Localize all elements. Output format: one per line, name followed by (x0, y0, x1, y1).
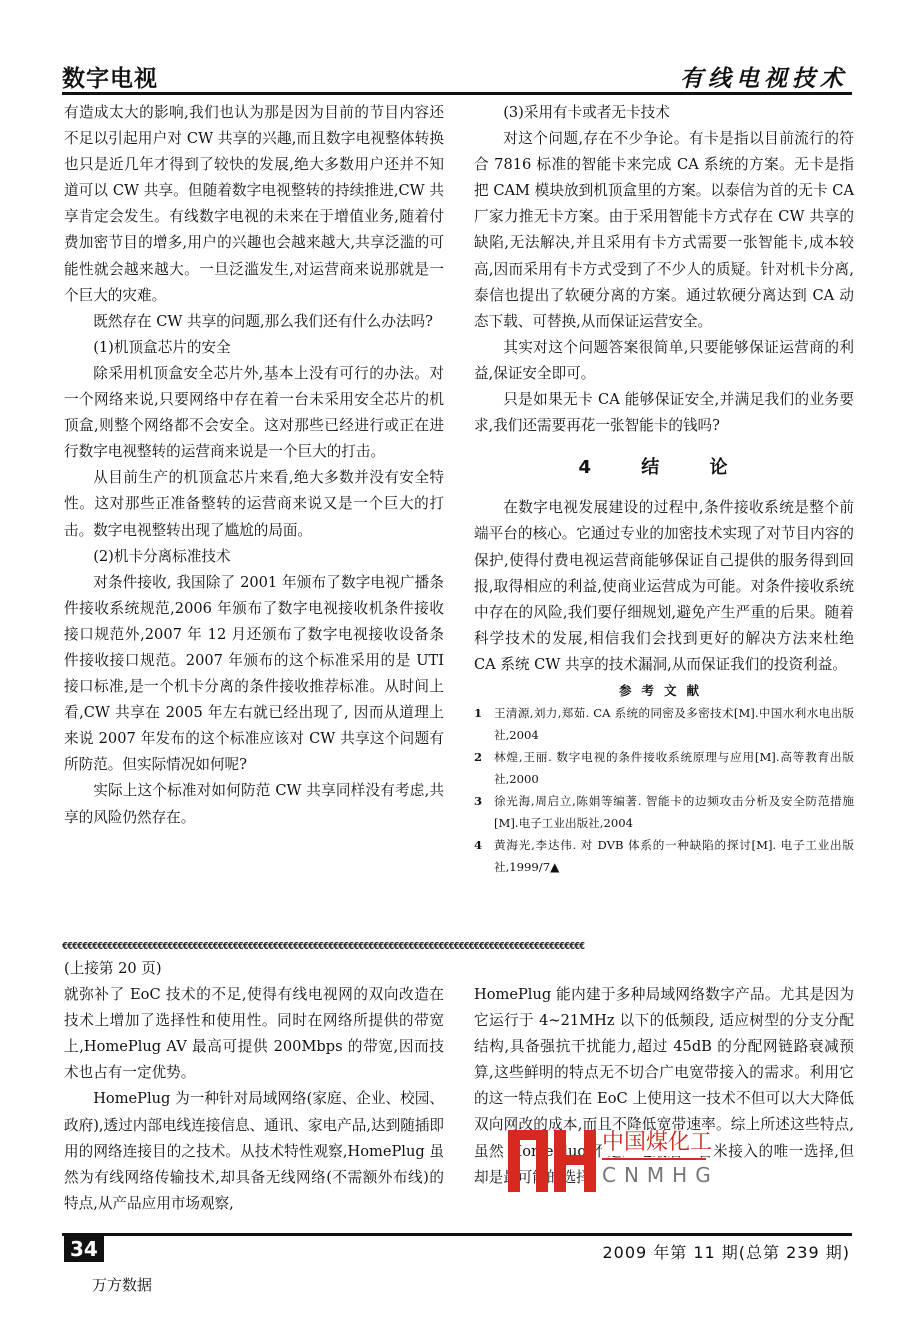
subheading: (2)机卡分离标准技术 (64, 544, 444, 570)
logo-bar (536, 1130, 548, 1192)
continued-left-column: (上接第 20 页) 就弥补了 EoC 技术的不足,使得有线电视网的双向改造在技… (64, 956, 444, 1217)
logo-english-text: CNMHG (602, 1162, 719, 1188)
reference-item: 4 黄海光,李达伟. 对 DVB 体系的一种缺陷的探讨[M]. 电子工业出版社,… (474, 834, 854, 878)
paragraph: 其实对这个问题答案很简单,只要能够保证运营商的利益,保证安全即可。 (474, 335, 854, 387)
conclusion-paragraph: 在数字电视发展建设的过程中,条件接收系统是整个前端平台的核心。它通过专业的加密技… (474, 495, 854, 678)
paragraph: 对这个问题,存在不少争论。有卡是指以目前流行的符合 7816 标准的智能卡来完成… (474, 126, 854, 335)
paragraph: 有造成太大的影响,我们也认为那是因为目前的节目内容还不足以引起用户对 CW 共享… (64, 100, 444, 309)
end-mark-icon: ▲ (550, 860, 559, 874)
header-rule (62, 92, 852, 95)
reference-text: 林煌,王丽. 数字电视的条件接收系统原理与应用[M].高等教育出版社,2000 (494, 746, 854, 790)
paragraph: 实际上这个标准对如何防范 CW 共享同样没有考虑,共享的风险仍然存在。 (64, 778, 444, 830)
paragraph: 既然存在 CW 共享的问题,那么我们还有什么办法吗? (64, 309, 444, 335)
reference-number: 3 (474, 790, 494, 834)
references-title: 参考文献 (474, 680, 854, 702)
reference-text: 王清源,刘力,郑茹. CA 系统的同密及多密技术[M].中国水利水电出版社,20… (494, 702, 854, 746)
reference-number: 2 (474, 746, 494, 790)
reference-number: 4 (474, 834, 494, 878)
paragraph: 就弥补了 EoC 技术的不足,使得有线电视网的双向改造在技术上增加了选择性和使用… (64, 982, 444, 1086)
reference-item: 2 林煌,王丽. 数字电视的条件接收系统原理与应用[M].高等教育出版社,200… (474, 746, 854, 790)
reference-item: 3 徐光海,周启立,陈娟等编著. 智能卡的边频攻击分析及安全防范措施[M].电子… (474, 790, 854, 834)
subheading: (3)采用有卡或者无卡技术 (474, 100, 854, 126)
section-title: 4 结 论 (474, 455, 854, 481)
reference-item: 1 王清源,刘力,郑茹. CA 系统的同密及多密技术[M].中国水利水电出版社,… (474, 702, 854, 746)
subheading: (1)机顶盒芯片的安全 (64, 335, 444, 361)
reference-number: 1 (474, 702, 494, 746)
reference-text: 徐光海,周启立,陈娟等编著. 智能卡的边频攻击分析及安全防范措施[M].电子工业… (494, 790, 854, 834)
left-column: 有造成太大的影响,我们也认为那是因为目前的节目内容还不足以引起用户对 CW 共享… (64, 100, 444, 831)
watermark-logo: 中国煤化工 CNMHG (508, 1130, 768, 1194)
paragraph: HomePlug 为一种针对局域网络(家庭、企业、校园、政府),透过内部电线连接… (64, 1086, 444, 1216)
section-header: 数字电视 (62, 60, 158, 93)
page-number: 34 (64, 1236, 104, 1262)
reference-text: 黄海光,李达伟. 对 DVB 体系的一种缺陷的探讨[M]. 电子工业出版社,19… (494, 834, 854, 878)
continued-label: (上接第 20 页) (64, 956, 444, 982)
paragraph: 从目前生产的机顶盒芯片来看,绝大多数并没有安全特性。这对那些正准备整转的运营商来… (64, 465, 444, 543)
footer-rule (62, 1233, 852, 1236)
source-label: 万方数据 (92, 1274, 152, 1295)
logo-bar (584, 1130, 596, 1192)
paragraph: 除采用机顶盒安全芯片外,基本上没有可行的办法。对一个网络来说,只要网络中存在着一… (64, 361, 444, 465)
right-column: (3)采用有卡或者无卡技术 对这个问题,存在不少争论。有卡是指以目前流行的符合 … (474, 100, 854, 878)
logo-chinese-text: 中国煤化工 (602, 1130, 714, 1156)
section-separator: €€€€€€€€€€€€€€€€€€€€€€€€€€€€€€€€€€€€€€€€… (62, 942, 852, 952)
paragraph: 对条件接收, 我国除了 2001 年颁布了数字电视广播条件接收系统规范,2006… (64, 570, 444, 779)
logo-divider (602, 1158, 706, 1160)
issue-info: 2009 年第 11 期(总第 239 期) (602, 1240, 850, 1263)
reference-text-body: 黄海光,李达伟. 对 DVB 体系的一种缺陷的探讨[M]. 电子工业出版社,19… (494, 838, 854, 874)
paragraph: 只是如果无卡 CA 能够保证安全,并满足我们的业务要求,我们还需要再花一张智能卡… (474, 387, 854, 439)
journal-title: 有线电视技术 (680, 60, 848, 93)
